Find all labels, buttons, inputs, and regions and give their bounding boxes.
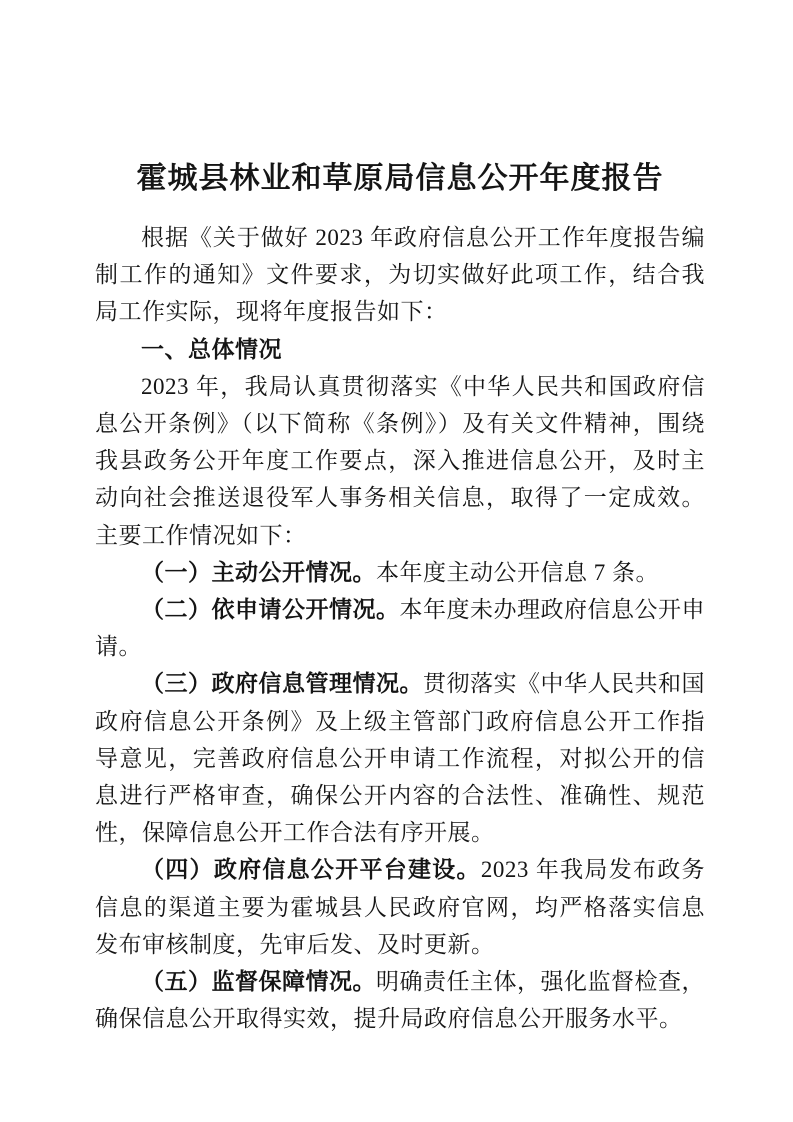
item-label: （二）依申请公开情况。	[141, 597, 400, 622]
item-body: 贯彻落实《中华人民共和国政府信息公开条例》及上级主管部门政府信息公开工作指导意见…	[95, 671, 705, 845]
intro-paragraph: 根据《关于做好 2023 年政府信息公开工作年度报告编制工作的通知》文件要求，为…	[95, 219, 705, 331]
document-body: 根据《关于做好 2023 年政府信息公开工作年度报告编制工作的通知》文件要求，为…	[95, 219, 705, 1037]
overview-paragraph: 2023 年，我局认真贯彻落实《中华人民共和国政府信息公开条例》（以下简称《条例…	[95, 368, 705, 554]
report-item: （三）政府信息管理情况。贯彻落实《中华人民共和国政府信息公开条例》及上级主管部门…	[95, 665, 705, 851]
document-title: 霍城县林业和草原局信息公开年度报告	[95, 157, 705, 201]
report-item: （一）主动公开情况。本年度主动公开信息 7 条。	[95, 554, 705, 591]
item-label: （五）监督保障情况。	[141, 969, 376, 994]
item-label: （四）政府信息公开平台建设。	[141, 857, 481, 882]
report-item: （二）依申请公开情况。本年度未办理政府信息公开申请。	[95, 591, 705, 665]
document-page: 霍城县林业和草原局信息公开年度报告 根据《关于做好 2023 年政府信息公开工作…	[0, 0, 793, 1122]
item-body: 本年度主动公开信息 7 条。	[376, 560, 659, 585]
section-heading: 一、总体情况	[95, 331, 705, 368]
report-item: （五）监督保障情况。明确责任主体，强化监督检查，确保信息公开取得实效，提升局政府…	[95, 963, 705, 1037]
item-label: （三）政府信息管理情况。	[141, 671, 423, 696]
report-item: （四）政府信息公开平台建设。2023 年我局发布政务信息的渠道主要为霍城县人民政…	[95, 851, 705, 963]
item-label: （一）主动公开情况。	[141, 560, 376, 585]
